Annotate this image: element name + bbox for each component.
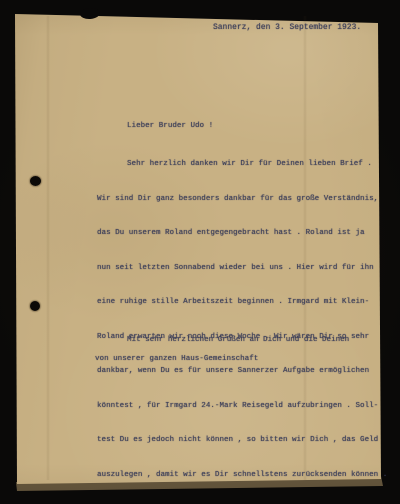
body-line: auszulegen , damit wir es Dir schnellste…	[97, 466, 387, 485]
body-line: nun seit letzten Sonnabend wieder bei un…	[97, 259, 387, 278]
closing-greeting: Mit sehr herzlichen Grüßen an Dich und d…	[127, 336, 349, 344]
body-line: test Du es jedoch nicht können , so bitt…	[97, 431, 387, 450]
punch-hole-bottom	[30, 301, 40, 311]
paper-crease-left	[46, 16, 50, 480]
letter-photo: Sannerz, den 3. September 1923. Lieber B…	[0, 0, 400, 504]
punch-hole-top	[30, 176, 41, 186]
dateline: Sannerz, den 3. September 1923.	[213, 24, 361, 32]
body-line: Wir sind Dir ganz besonders dankbar für …	[97, 190, 387, 209]
body-line: könntest , für Irmgard 24.-Mark Reisegel…	[97, 397, 387, 416]
body-line: dankbar, wenn Du es für unsere Sannerzer…	[97, 362, 387, 381]
body-line: eine ruhige stille Arbeitszeit beginnen …	[97, 293, 387, 312]
body-line: Sehr herzlich danken wir Dir für Deinen …	[97, 155, 387, 174]
body-line: das Du unserem Roland entgegengebracht h…	[97, 224, 387, 243]
letter-body: Sehr herzlich danken wir Dir für Deinen …	[97, 139, 387, 500]
salutation: Lieber Bruder Udo !	[127, 122, 213, 130]
closing-signature-line: von unserer ganzen Haus-Gemeinschaft	[95, 355, 258, 363]
